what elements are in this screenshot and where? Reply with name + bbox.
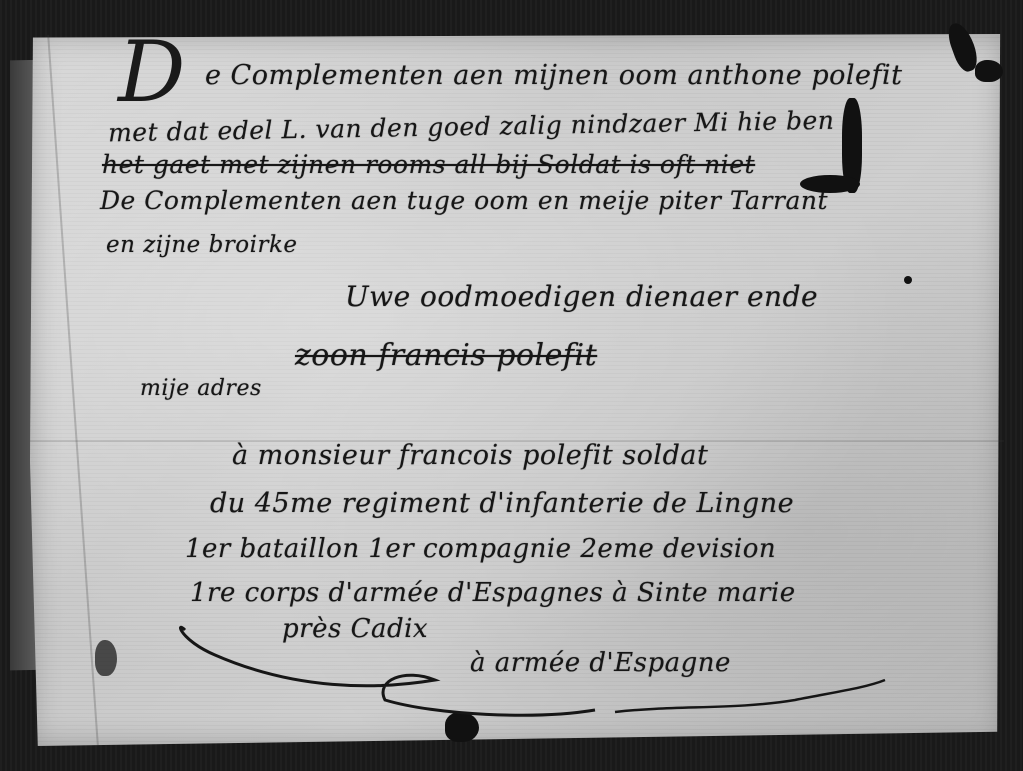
address-line-2: du 45me regiment d'infanterie de Lingne xyxy=(210,488,794,519)
stain-left xyxy=(95,640,117,676)
signature-flourish xyxy=(175,620,895,730)
ink-dot xyxy=(904,276,912,284)
ink-blot-corner xyxy=(975,60,1003,82)
closing-address-note: mije adres xyxy=(140,376,262,401)
closing-signature: zoon francis polefit xyxy=(295,338,597,373)
body-line-1: e Complementen aen mijnen oom anthone po… xyxy=(205,60,903,91)
address-line-1: à monsieur francois polefit soldat xyxy=(232,440,708,471)
decorative-initial: D xyxy=(118,30,185,114)
body-line-4: De Complementen aen tuge oom en meije pi… xyxy=(100,186,828,215)
address-line-3: 1er bataillon 1er compagnie 2eme devisio… xyxy=(185,534,776,564)
address-line-4: 1re corps d'armée d'Espagnes à Sinte mar… xyxy=(190,578,796,608)
body-line-5: en zijne broirke xyxy=(106,232,298,258)
body-line-3: het gaet met zijnen rooms all bij Soldat… xyxy=(102,150,755,179)
closing-line-1: Uwe oodmoedigen dienaer ende xyxy=(345,280,818,313)
